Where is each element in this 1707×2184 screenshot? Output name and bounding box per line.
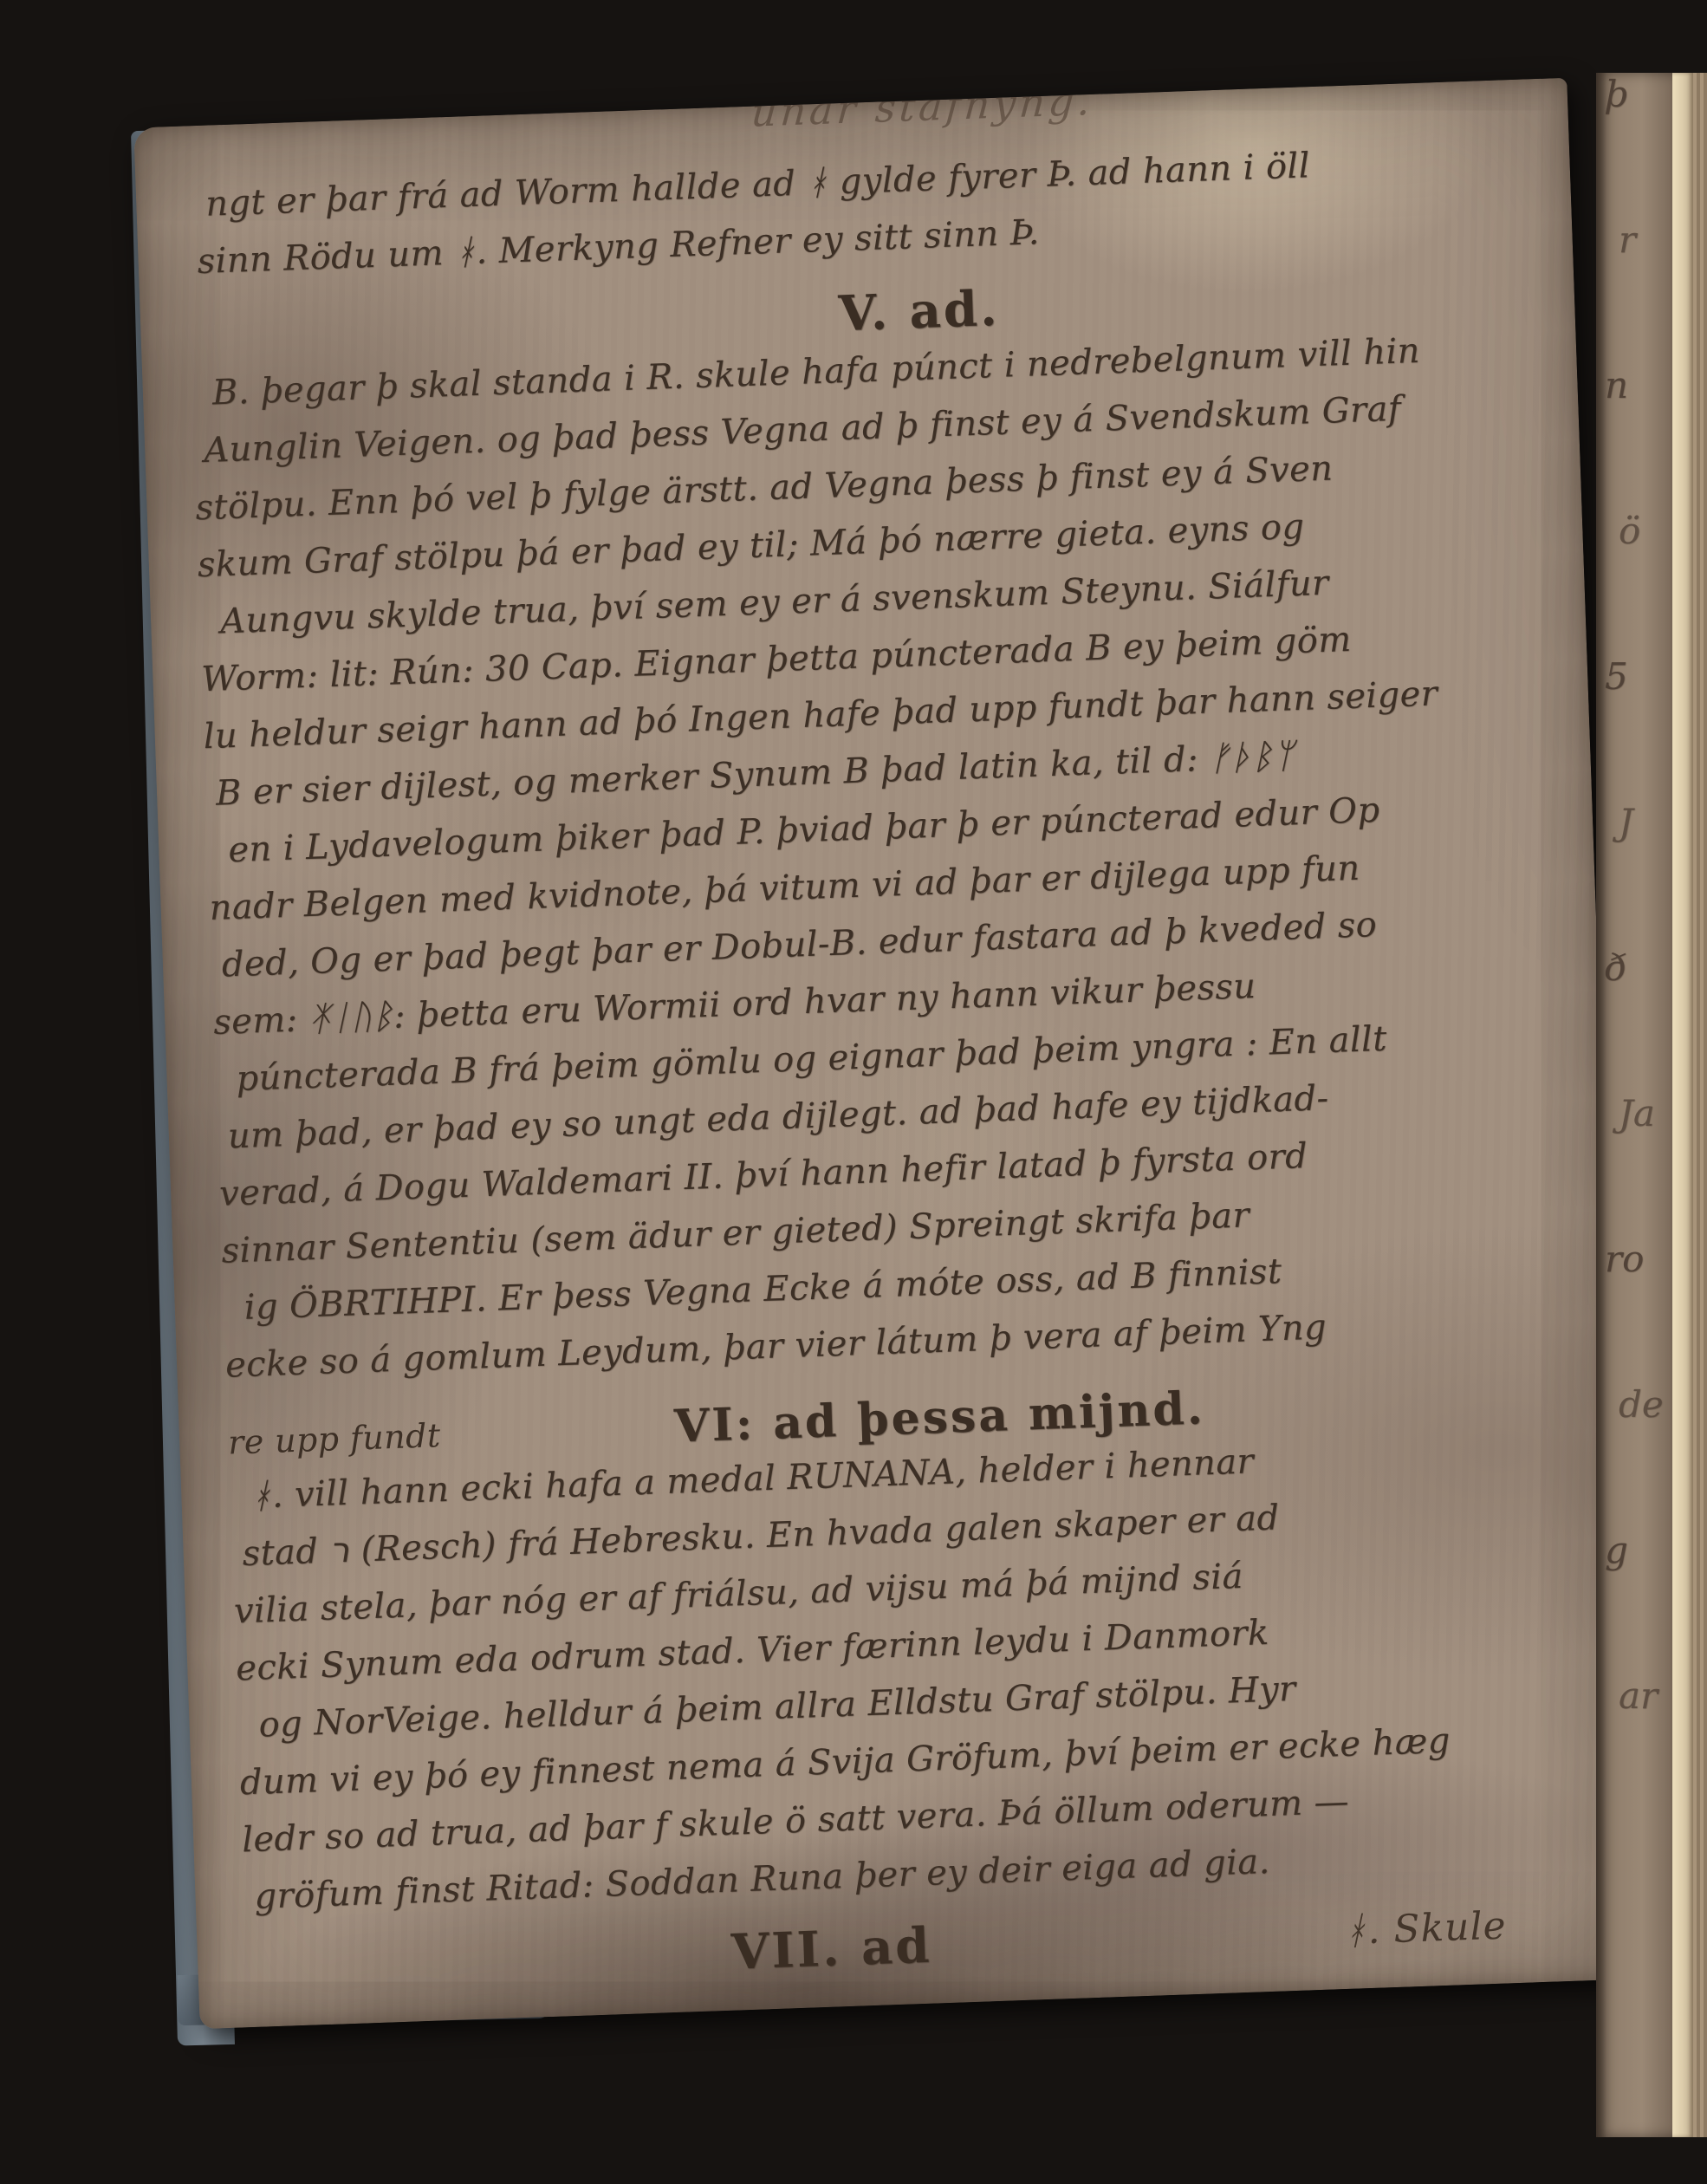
text-block: ngt er þar frá ad Worm hallde ad ᚼ gylde… [184, 129, 1603, 2012]
section-vi-lines: ᚼ. vill hann ecki hafa a medal RUNANA, h… [229, 1421, 1600, 1926]
section-vi-lead-text: re upp fundt [227, 1409, 441, 1469]
catchword: ᚼ. Skule [1343, 1903, 1507, 1953]
page-edge-stack [1693, 73, 1707, 2137]
facing-page-sliver: þrnö5JðJarodegar [1596, 73, 1672, 2137]
text-fragment: ö [1596, 510, 1672, 655]
running-title: únar stafnyng. [592, 88, 1253, 141]
text-fragment: ð [1596, 946, 1672, 1092]
text-fragment: J [1596, 801, 1672, 946]
text-fragment: þ [1596, 73, 1672, 218]
section-v-heading: V. ad. [838, 280, 1001, 342]
page-edge-highlight [1672, 73, 1693, 2137]
text-fragment: g [1596, 1529, 1672, 1674]
text-fragment: ro [1596, 1238, 1672, 1383]
manuscript-page: únar stafnyng. ngt er þar frá ad Worm ha… [133, 78, 1633, 2029]
section-v-lines: B. þegar þ skal standa i R. skule hafa p… [191, 318, 1582, 1394]
text-fragment: n [1596, 364, 1672, 510]
text-fragment: Ja [1596, 1092, 1672, 1238]
text-fragment: r [1596, 218, 1672, 364]
text-fragment: 5 [1596, 655, 1672, 801]
text-fragment: ar [1596, 1674, 1672, 1820]
book-fore-edge: þrnö5JðJarodegar [1596, 73, 1707, 2137]
section-vii-heading: VII. ad [730, 1917, 932, 1981]
text-fragment: de [1596, 1383, 1672, 1529]
photo-background: únar stafnyng. ngt er þar frá ad Worm ha… [0, 0, 1707, 2184]
